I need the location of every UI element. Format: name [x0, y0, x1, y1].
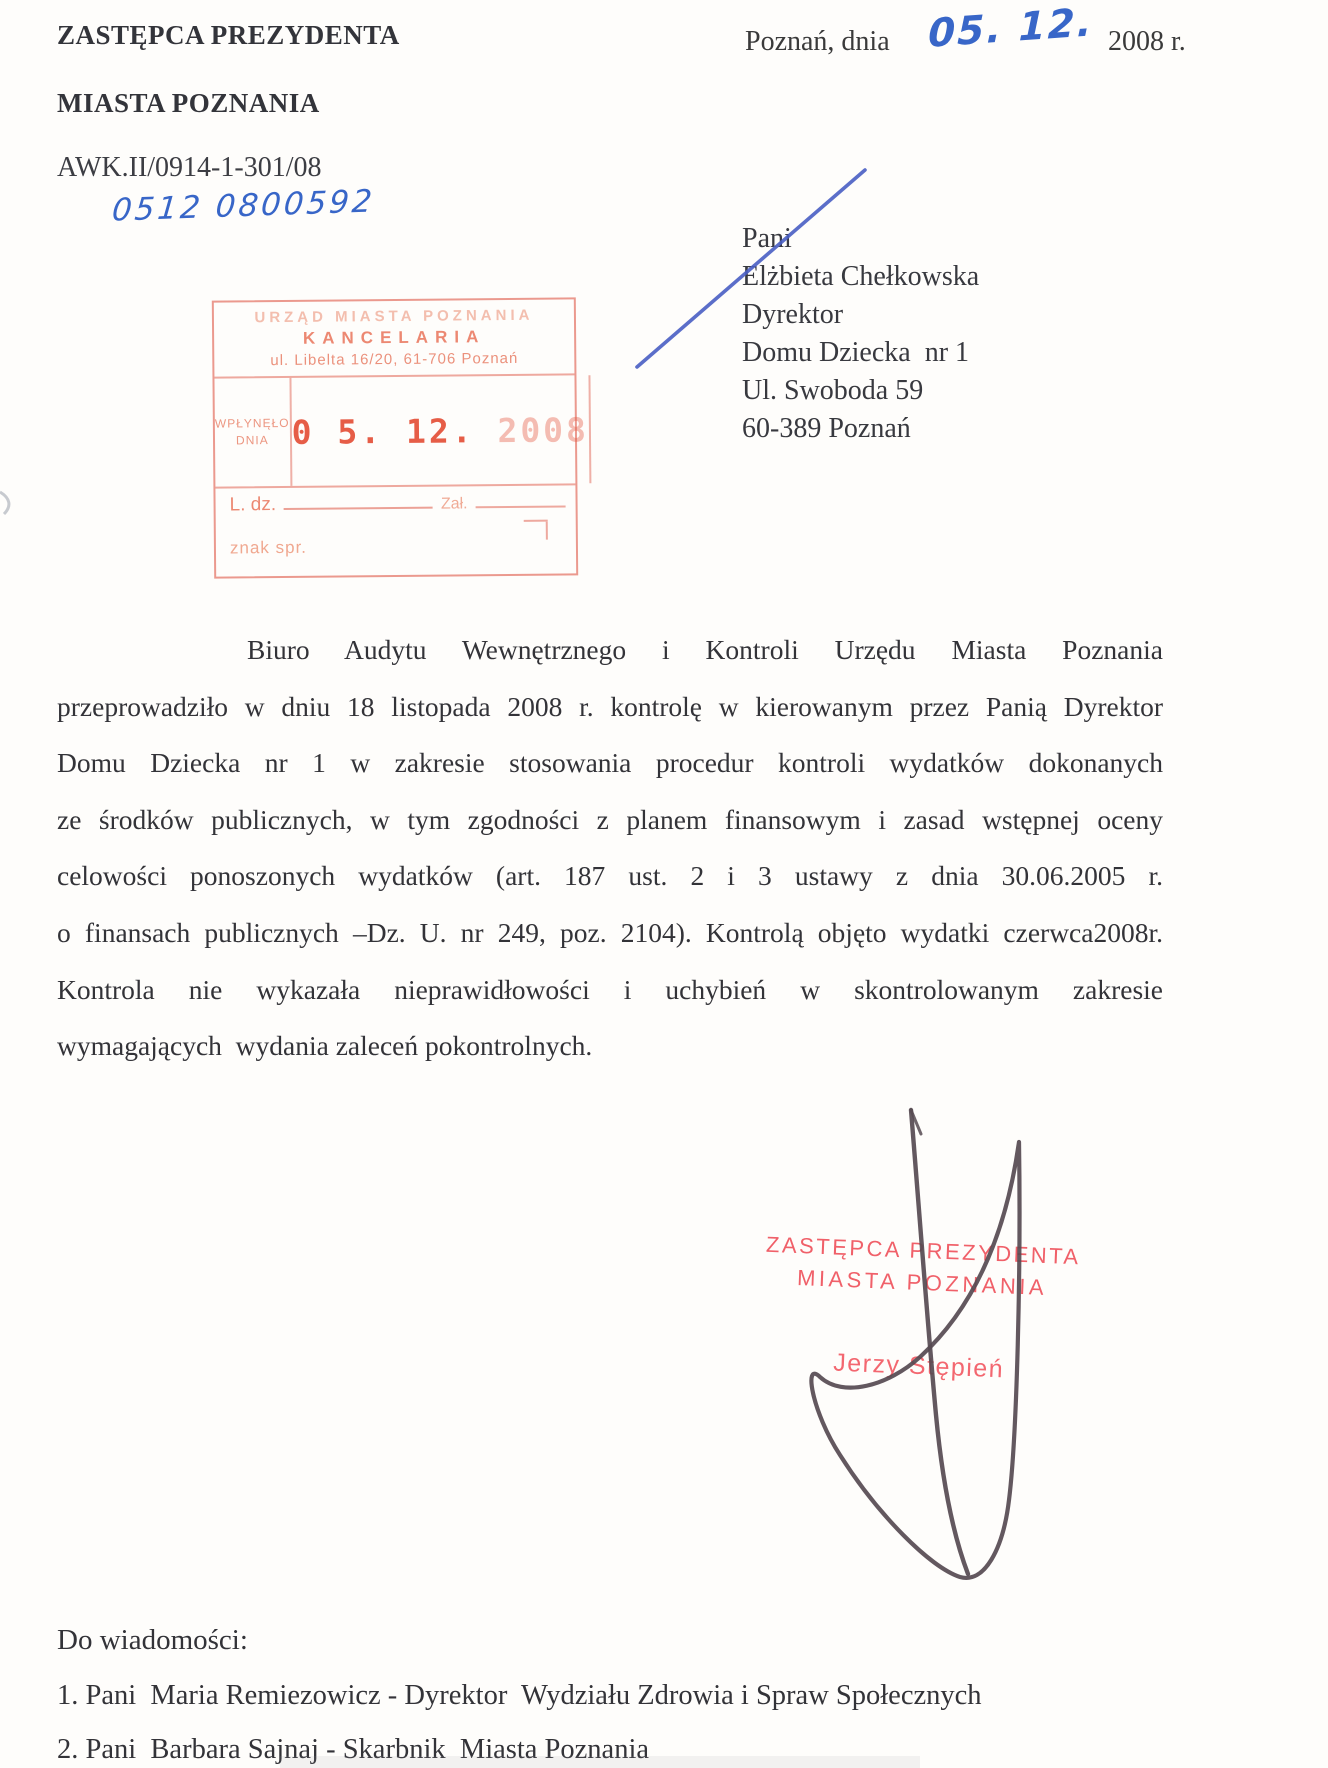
stamp-ldz-blank-line: [284, 493, 433, 510]
body-line: o finansach publicznych –Dz. U. nr 249, …: [57, 905, 1163, 962]
recipient-block: Pani Elżbieta Chełkowska Dyrektor Domu D…: [742, 220, 979, 448]
footer-item: 1. Pani Maria Remiezowicz - Dyrektor Wyd…: [57, 1680, 982, 1712]
body-line: Domu Dziecka nr 1 w zakresie stosowania …: [57, 735, 1163, 792]
reference-number: AWK.II/0914-1-301/08: [57, 152, 321, 184]
stamp-zal-blank-line: [475, 492, 565, 509]
stamp-received-sub-label: DNIA: [236, 432, 269, 449]
handwritten-registry-number: 0512 0800592: [110, 183, 376, 228]
registry-stamp: URZĄD MIASTA POZNANIA KANCELARIA ul. Lib…: [212, 297, 578, 578]
stamp-date-row: WPŁYNĘŁO DNIA 0 5. 12. 2008 WPŁYNĘŁO DNI…: [214, 373, 575, 488]
recipient-line-role: Dyrektor: [742, 296, 979, 334]
scan-artifact-left-edge: [0, 492, 9, 514]
stamp-received-label: WPŁYNĘŁO: [215, 415, 290, 433]
stamp-address: ul. Libelta 16/20, 61-706 Poznań: [214, 349, 574, 369]
stamp-department: KANCELARIA: [214, 326, 574, 349]
stamp-date-year: 2008: [497, 410, 589, 450]
body-line: Biuro Audytu Wewnętrznego i Kontroli Urz…: [57, 622, 1163, 679]
stamp-ldz-row: L. dz. Zał.: [229, 492, 565, 517]
stamp-date-day: 0 5.: [291, 412, 383, 452]
sender-title-line2: MIASTA POZNANIA: [57, 88, 320, 119]
body-line: przeprowadziło w dniu 18 listopada 2008 …: [57, 679, 1163, 736]
stamp-office-name: URZĄD MIASTA POZNANIA: [214, 306, 574, 326]
stamp-received-cell-left: WPŁYNĘŁO DNIA: [214, 378, 292, 487]
stamp-zal-label: Zał.: [441, 495, 468, 513]
body-line: Kontrola nie wykazała nieprawidłowości i…: [57, 962, 1163, 1019]
body-line: celowości ponoszonych wydatków (art. 187…: [57, 848, 1163, 905]
dateline-place: Poznań, dnia: [745, 26, 890, 58]
stamp-date-month: 12.: [406, 411, 475, 451]
stamp-corner-mark: [524, 520, 548, 540]
sender-title-line1: ZASTĘPCA PREZYDENTA: [57, 20, 400, 51]
footer-heading: Do wiadomości:: [57, 1624, 248, 1657]
recipient-line-name: Elżbieta Chełkowska: [742, 258, 979, 296]
stamp-znak-label: znak spr.: [230, 538, 307, 559]
dateline-year: 2008 r.: [1108, 26, 1186, 58]
recipient-line-institution: Domu Dziecka nr 1: [742, 334, 979, 372]
handwritten-date: 05. 12.: [928, 0, 1094, 57]
page: ZASTĘPCA PREZYDENTA MIASTA POZNANIA AWK.…: [0, 0, 1328, 1768]
recipient-line-city: 60-389 Poznań: [742, 410, 979, 448]
official-stamp-name: Jerzy Stępień: [725, 1344, 1112, 1388]
stamp-date: 0 5. 12. 2008: [291, 375, 589, 486]
stamp-ldz-label: L. dz.: [229, 494, 276, 516]
footer-item: 2. Pani Barbara Sajnaj - Skarbnik Miasta…: [57, 1734, 649, 1766]
recipient-line-salutation: Pani: [742, 220, 979, 258]
official-stamp: ZASTĘPCA PREZYDENTA MIASTA POZNANIA Jerz…: [725, 1230, 1116, 1388]
body-paragraph: Biuro Audytu Wewnętrznego i Kontroli Urz…: [57, 622, 1163, 1075]
body-line: ze środków publicznych, w tym zgodności …: [57, 792, 1163, 849]
signature-ink-barb: [911, 1110, 921, 1134]
body-line: wymagających wydania zaleceń pokontrolny…: [57, 1018, 1163, 1075]
recipient-line-street: Ul. Swoboda 59: [742, 372, 979, 410]
